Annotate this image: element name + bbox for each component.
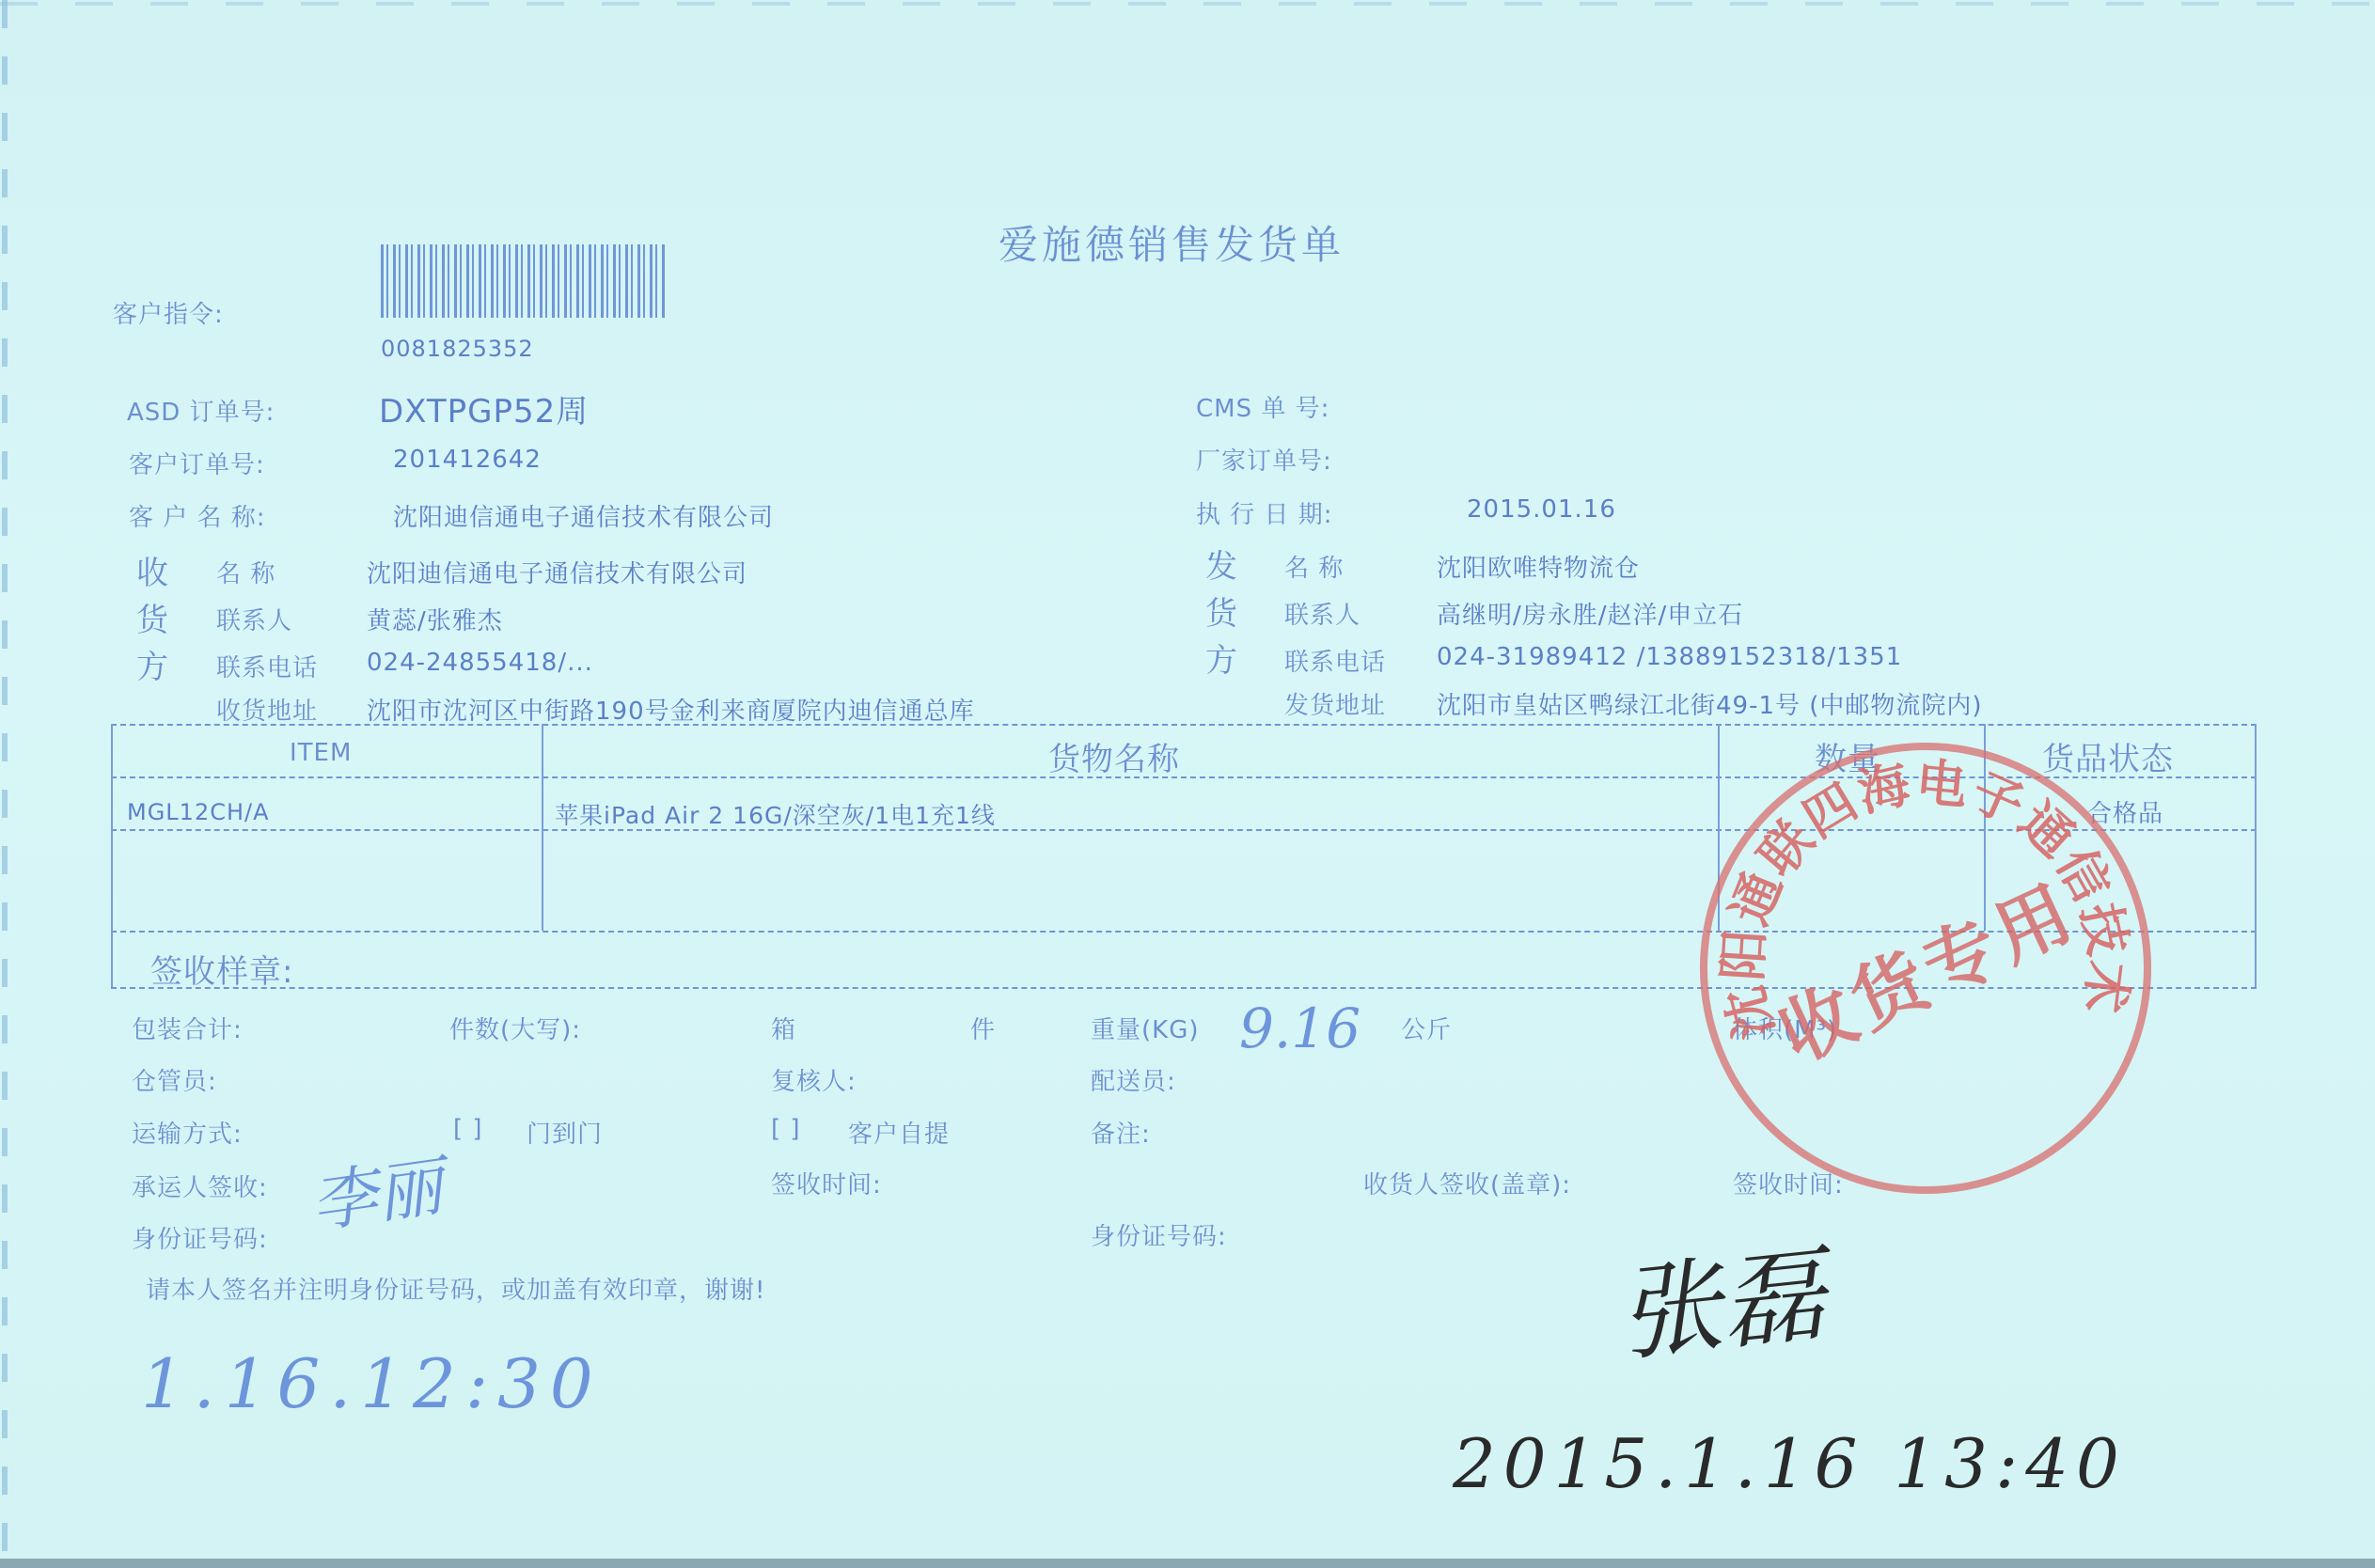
receiver-address-value: 沈阳市沈河区中街路190号金利来商厦院内迪信通总库 bbox=[367, 692, 975, 727]
exec-date-label: 执 行 日 期: bbox=[1196, 495, 1333, 530]
left-perforation bbox=[2, 0, 8, 1568]
signature-notice: 请本人签名并注明身份证号码，或加盖有效印章，谢谢! bbox=[146, 1271, 765, 1306]
sender-contact-label: 联系人 bbox=[1284, 596, 1361, 631]
factory-order-label: 厂家订单号: bbox=[1196, 442, 1332, 477]
customer-name-label: 客 户 名 称: bbox=[129, 498, 266, 533]
sender-side-char-3: 方 bbox=[1205, 635, 1238, 681]
col-header-item: ITEM bbox=[290, 739, 352, 767]
weight-unit: 公斤 bbox=[1401, 1011, 1452, 1045]
id-number-label-right: 身份证号码: bbox=[1091, 1217, 1227, 1252]
consignee-signature: 张磊 bbox=[1610, 1212, 1831, 1381]
receiver-phone-value: 024-24855418/... bbox=[367, 649, 593, 677]
sender-phone-label: 联系电话 bbox=[1284, 643, 1386, 678]
receiver-address-label: 收货地址 bbox=[216, 692, 318, 727]
sign-stamp-label: 签收样章: bbox=[150, 946, 293, 992]
consignee-sign-label: 收货人签收(盖章): bbox=[1363, 1166, 1571, 1200]
barcode-number: 0081825352 bbox=[381, 336, 534, 362]
company-seal-stamp: 沈阳通联四海电子通信技术有限公司 收货专用 bbox=[1700, 743, 2151, 1194]
table-right-border bbox=[2255, 724, 2257, 987]
table-col-divider-1 bbox=[542, 724, 543, 931]
row-item-code: MGL12CH/A bbox=[127, 799, 270, 825]
top-perforation bbox=[0, 2, 2375, 6]
sender-side-char-1: 发 bbox=[1205, 541, 1238, 587]
door-to-door-checkbox[interactable]: [ ] bbox=[453, 1115, 483, 1143]
box-label: 箱 bbox=[771, 1011, 796, 1045]
self-pickup-label: 客户自提 bbox=[848, 1115, 950, 1150]
sender-name-label: 名 称 bbox=[1284, 549, 1344, 584]
sender-address-label: 发货地址 bbox=[1284, 686, 1386, 721]
carrier-sign-label: 承运人签收: bbox=[132, 1168, 268, 1203]
receiver-side-char-2: 货 bbox=[136, 594, 169, 640]
reviewer-label: 复核人: bbox=[771, 1062, 857, 1097]
id-number-label-left: 身份证号码: bbox=[132, 1220, 268, 1255]
table-left-border bbox=[111, 724, 113, 987]
consignee-sign-datetime: 2015.1.16 13:40 bbox=[1453, 1424, 2127, 1503]
package-total-label: 包装合计: bbox=[132, 1011, 243, 1045]
exec-date-value: 2015.01.16 bbox=[1467, 495, 1616, 524]
cms-label: CMS 单 号: bbox=[1196, 389, 1329, 424]
document-title: 爱施德销售发货单 bbox=[999, 214, 1345, 271]
paper-bottom-edge bbox=[0, 1559, 2375, 1568]
receiver-contact-value: 黄蕊/张雅杰 bbox=[367, 602, 503, 636]
sender-side-char-2: 货 bbox=[1205, 588, 1238, 634]
transport-label: 运输方式: bbox=[132, 1115, 243, 1150]
customer-name-value: 沈阳迪信通电子通信技术有限公司 bbox=[393, 498, 774, 533]
receiver-side-char-3: 方 bbox=[136, 641, 169, 687]
customer-instruction-label: 客户指令: bbox=[113, 295, 224, 330]
weight-label: 重量(KG) bbox=[1091, 1011, 1200, 1045]
customer-order-value: 201412642 bbox=[393, 446, 542, 474]
remarks-label: 备注: bbox=[1091, 1115, 1151, 1150]
weight-value-handwritten: 9.16 bbox=[1239, 996, 1361, 1060]
receiver-contact-label: 联系人 bbox=[216, 602, 292, 636]
receiver-side-char-1: 收 bbox=[136, 547, 169, 593]
sender-contact-value: 高继明/房永胜/赵洋/申立石 bbox=[1437, 596, 1743, 631]
sign-time-label: 签收时间: bbox=[771, 1166, 882, 1200]
row-goods-name: 苹果iPad Air 2 16G/深空灰/1电1充1线 bbox=[555, 797, 996, 831]
receiver-phone-label: 联系电话 bbox=[216, 649, 318, 683]
customer-order-label: 客户订单号: bbox=[129, 446, 265, 480]
carrier-signature: 李丽 bbox=[305, 1134, 448, 1247]
receiver-name-value: 沈阳迪信通电子通信技术有限公司 bbox=[367, 555, 747, 589]
delivery-person-label: 配送员: bbox=[1091, 1062, 1176, 1097]
receiver-name-label: 名 称 bbox=[216, 555, 275, 589]
piece-count-label: 件数(大写): bbox=[449, 1011, 581, 1045]
asd-order-label: ASD 订单号: bbox=[127, 393, 275, 428]
warehouse-keeper-label: 仓管员: bbox=[132, 1062, 217, 1097]
col-header-name: 货物名称 bbox=[1048, 733, 1180, 779]
self-pickup-checkbox[interactable]: [ ] bbox=[771, 1115, 801, 1143]
door-to-door-label: 门到门 bbox=[527, 1115, 603, 1150]
asd-order-value: DXTPGP52周 bbox=[379, 385, 589, 431]
piece-label: 件 bbox=[970, 1011, 996, 1045]
sender-name-value: 沈阳欧唯特物流仓 bbox=[1437, 549, 1640, 584]
carrier-sign-time: 1.16.12:30 bbox=[141, 1344, 603, 1423]
sender-address-value: 沈阳市皇姑区鸭绿江北街49-1号 (中邮物流院内) bbox=[1437, 686, 1983, 721]
barcode bbox=[381, 244, 668, 318]
sender-phone-value: 024-31989412 /13889152318/1351 bbox=[1437, 643, 1902, 671]
